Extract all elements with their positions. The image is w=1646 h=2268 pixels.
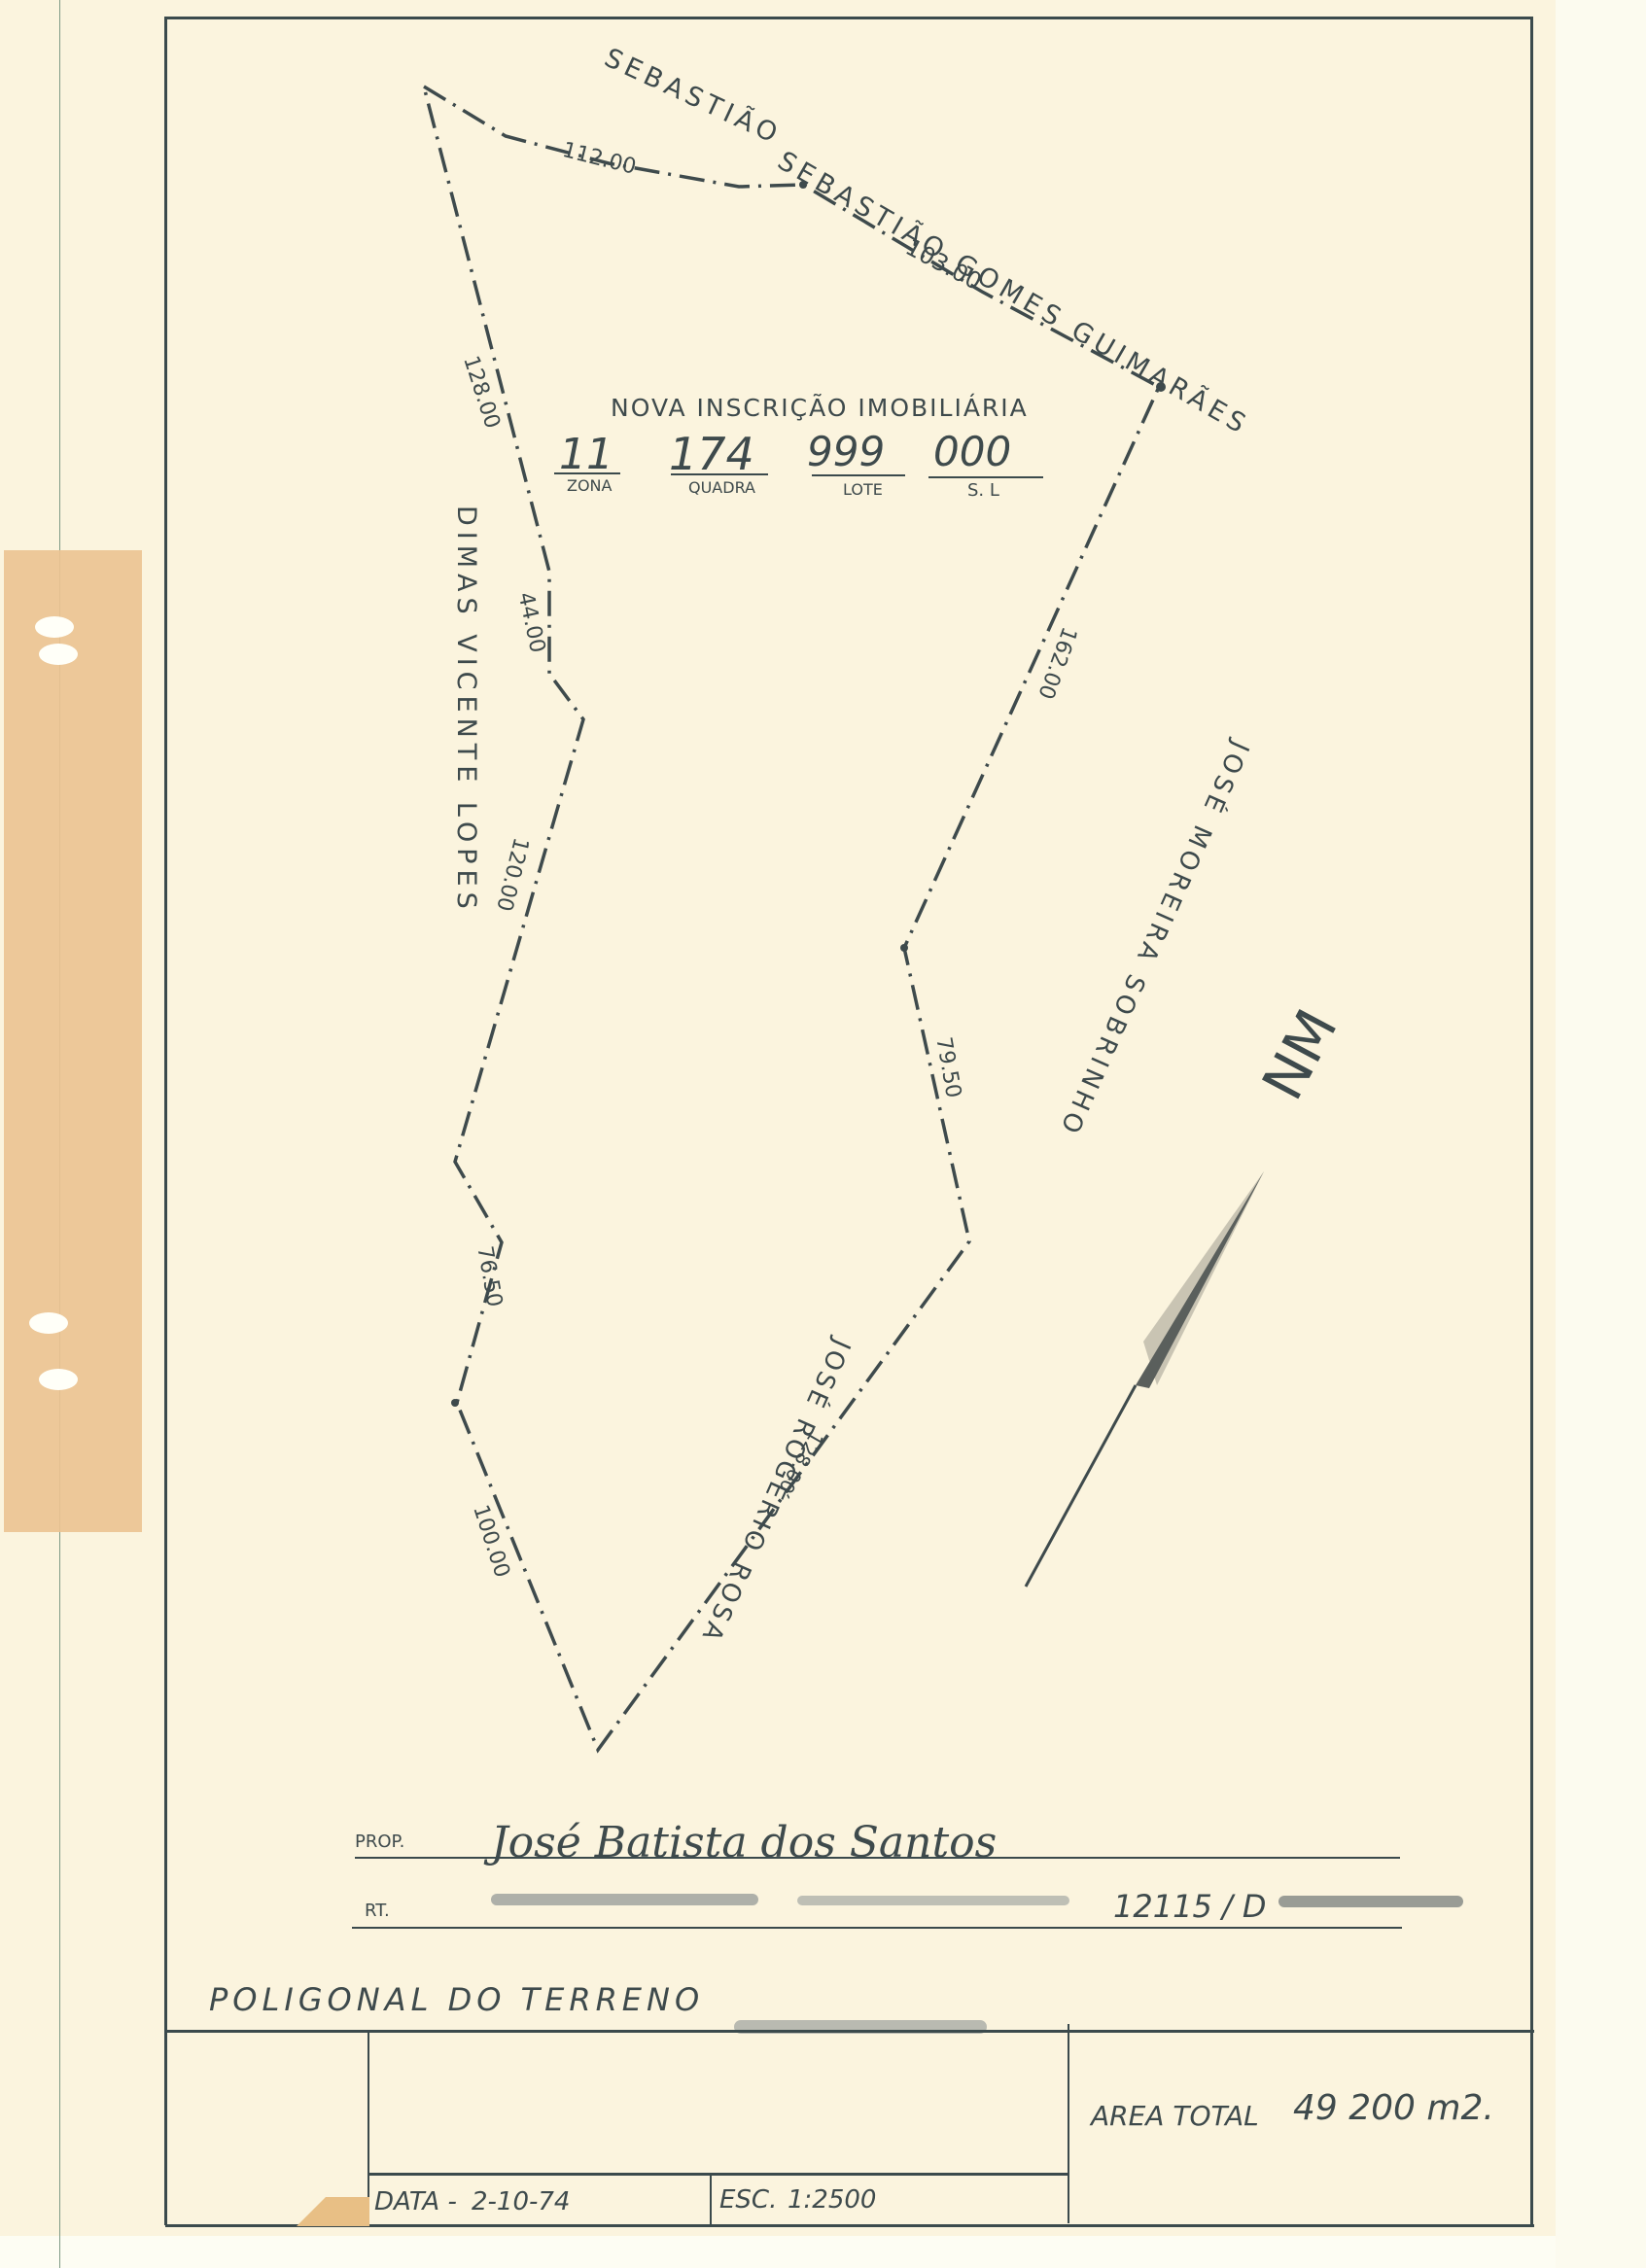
owner-prefix: PROP. — [355, 1832, 404, 1852]
title-block-divider — [1068, 2024, 1069, 2223]
rt-line — [352, 1927, 1402, 1929]
title-block-divider — [710, 2173, 712, 2226]
scale-label: ESC. — [719, 2185, 777, 2215]
scale-value: 1:2500 — [788, 2185, 876, 2215]
caption-quadra: QUADRA — [688, 478, 755, 497]
registration-quadra: 174 — [669, 428, 754, 480]
area-total-value: 49 200 m2. — [1293, 2088, 1494, 2128]
rt-prefix: RT. — [365, 1901, 390, 1921]
underline — [554, 472, 620, 474]
date-value: 2-10-74 — [472, 2187, 570, 2216]
caption-zona: ZONA — [567, 476, 612, 495]
title-block-row — [368, 2173, 1068, 2176]
neighbor-west: DIMAS VICENTE LOPES — [451, 506, 481, 915]
title-block-bottom — [165, 2224, 1534, 2227]
caption-sl: S. L — [967, 480, 999, 501]
redacted-signature — [491, 1894, 758, 1905]
document-title: POLIGONAL DO TERRENO — [209, 1981, 704, 2018]
area-total-label: AREA TOTAL — [1091, 2100, 1259, 2132]
underline — [671, 473, 768, 475]
date-label: DATA - — [374, 2187, 457, 2216]
registration-sl: 000 — [933, 428, 1011, 475]
rt-number: 12115 / D — [1113, 1888, 1267, 1925]
redacted-text — [797, 1896, 1069, 1905]
title-block-divider — [368, 2030, 369, 2226]
owner-line — [355, 1857, 1400, 1859]
registration-header: NOVA INSCRIÇÃO IMOBILIÁRIA — [611, 394, 1029, 422]
owner-name: José Batista dos Santos — [491, 1818, 997, 1867]
caption-lote: LOTE — [843, 480, 883, 499]
north-arrow-icon — [1026, 1171, 1264, 1587]
redacted-text — [1278, 1896, 1463, 1907]
registration-lote: 999 — [807, 428, 885, 475]
title-block-top — [165, 2030, 1534, 2033]
underline — [928, 476, 1043, 478]
underline — [812, 474, 905, 476]
